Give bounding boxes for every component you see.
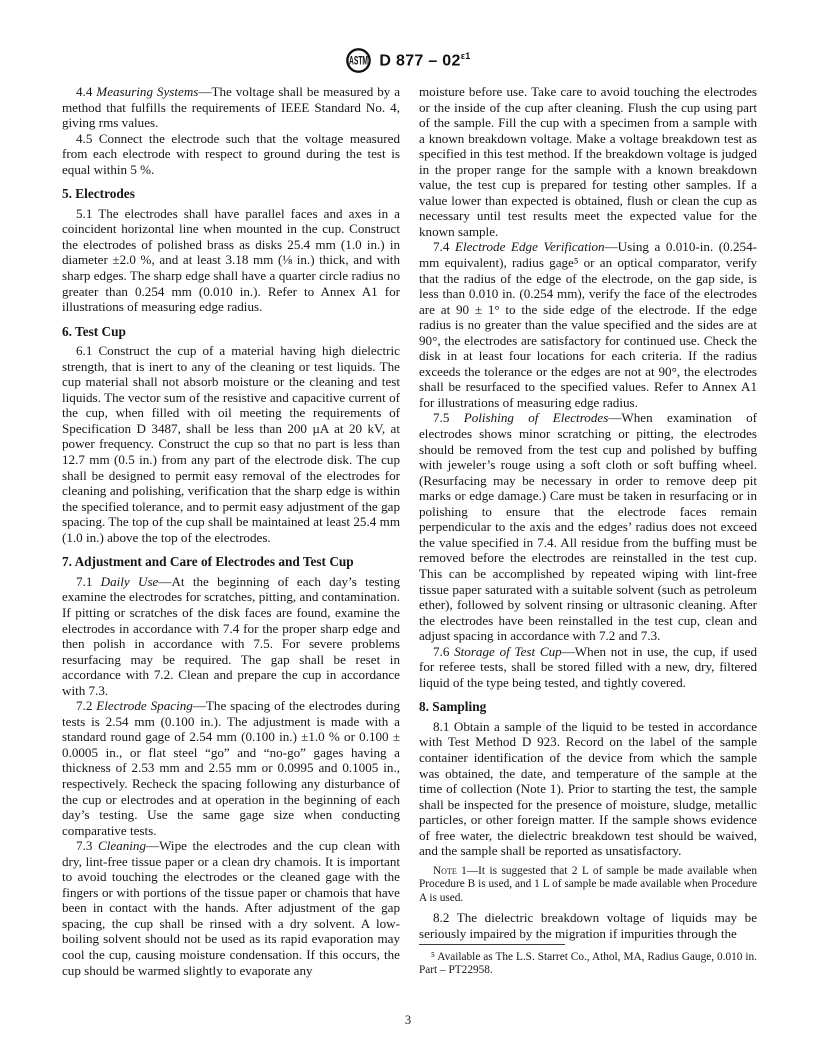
clause-text: The electrodes shall have parallel faces… [62, 206, 400, 314]
left-column: 4.4 Measuring Systems—The voltage shall … [62, 84, 400, 978]
paragraph-6-1: 6.1 Construct the cup of a material havi… [62, 343, 400, 545]
paragraph-7-3-continued: moisture before use. Take care to avoid … [419, 84, 757, 239]
page-header: ASTM D 877 – 02ε1 [0, 47, 816, 74]
clause-text: —At the beginning of each day’s testing … [62, 574, 400, 698]
section-heading-5: 5. Electrodes [62, 186, 400, 202]
designation-superscript: ε1 [461, 51, 471, 61]
clause-number: 7.5 [433, 410, 464, 425]
clause-number: 7.2 [76, 698, 96, 713]
astm-logo-icon: ASTM [345, 47, 372, 74]
footnote-5: ⁵ Available as The L.S. Starret Co., Ath… [419, 944, 757, 978]
clause-number: 5.1 [76, 206, 98, 221]
clause-number: 7.4 [433, 239, 455, 254]
section-heading-7: 7. Adjustment and Care of Electrodes and… [62, 554, 400, 570]
clause-text: —Using a 0.010-in. (0.254-mm equivalent)… [419, 239, 757, 409]
clause-title: Electrode Edge Verification [455, 239, 605, 254]
section-heading-8: 8. Sampling [419, 699, 757, 715]
paragraph-4-4: 4.4 Measuring Systems—The voltage shall … [62, 84, 400, 131]
section-heading-6: 6. Test Cup [62, 324, 400, 340]
paragraph-8-2: 8.2 The dielectric breakdown voltage of … [419, 910, 757, 941]
paragraph-7-4: 7.4 Electrode Edge Verification—Using a … [419, 239, 757, 410]
note-label: Note 1 [433, 865, 467, 877]
clause-number: 4.5 [76, 131, 99, 146]
clause-text: Obtain a sample of the liquid to be test… [419, 719, 757, 858]
clause-title: Daily Use [101, 574, 159, 589]
footnote-rule [419, 944, 565, 945]
clause-text: —When examination of electrodes shows mi… [419, 410, 757, 643]
paragraph-8-1: 8.1 Obtain a sample of the liquid to be … [419, 719, 757, 859]
clause-text: The dielectric breakdown voltage of liqu… [419, 910, 757, 941]
clause-title: Measuring Systems [96, 84, 198, 99]
clause-number: 7.1 [76, 574, 101, 589]
clause-text: —The spacing of the electrodes during te… [62, 698, 400, 837]
paragraph-7-6: 7.6 Storage of Test Cup—When not in use,… [419, 644, 757, 691]
clause-number: 7.3 [76, 838, 98, 853]
paragraph-4-5: 4.5 Connect the electrode such that the … [62, 131, 400, 178]
clause-title: Storage of Test Cup [454, 644, 562, 659]
document-page: ASTM D 877 – 02ε1 4.4 Measuring Systems—… [0, 0, 816, 1056]
clause-title: Cleaning [98, 838, 146, 853]
clause-text: moisture before use. Take care to avoid … [419, 84, 757, 239]
clause-number: 4.4 [76, 84, 96, 99]
designation-text: D 877 – 02 [379, 52, 460, 69]
paragraph-7-2: 7.2 Electrode Spacing—The spacing of the… [62, 698, 400, 838]
clause-text: Connect the electrode such that the volt… [62, 131, 400, 177]
page-number: 3 [405, 1013, 411, 1027]
paragraph-5-1: 5.1 The electrodes shall have parallel f… [62, 206, 400, 315]
clause-title: Electrode Spacing [96, 698, 193, 713]
right-column: moisture before use. Take care to avoid … [419, 84, 757, 941]
clause-text: Construct the cup of a material having h… [62, 343, 400, 545]
note-1: Note 1—It is suggested that 2 L of sampl… [419, 865, 757, 905]
standard-designation: D 877 – 02ε1 [379, 51, 470, 70]
clause-number: 8.1 [433, 719, 454, 734]
footnote-text: ⁵ Available as The L.S. Starret Co., Ath… [419, 951, 757, 978]
paragraph-7-5: 7.5 Polishing of Electrodes—When examina… [419, 410, 757, 643]
note-text: —It is suggested that 2 L of sample be m… [419, 865, 757, 904]
clause-number: 6.1 [76, 343, 98, 358]
clause-text: —Wipe the electrodes and the cup clean w… [62, 838, 400, 977]
paragraph-7-3: 7.3 Cleaning—Wipe the electrodes and the… [62, 838, 400, 978]
page-footer: 3 [0, 1013, 816, 1028]
clause-title: Polishing of Electrodes [464, 410, 609, 425]
clause-number: 7.6 [433, 644, 454, 659]
clause-number: 8.2 [433, 910, 457, 925]
svg-text:ASTM: ASTM [349, 54, 368, 68]
paragraph-7-1: 7.1 Daily Use—At the beginning of each d… [62, 574, 400, 698]
